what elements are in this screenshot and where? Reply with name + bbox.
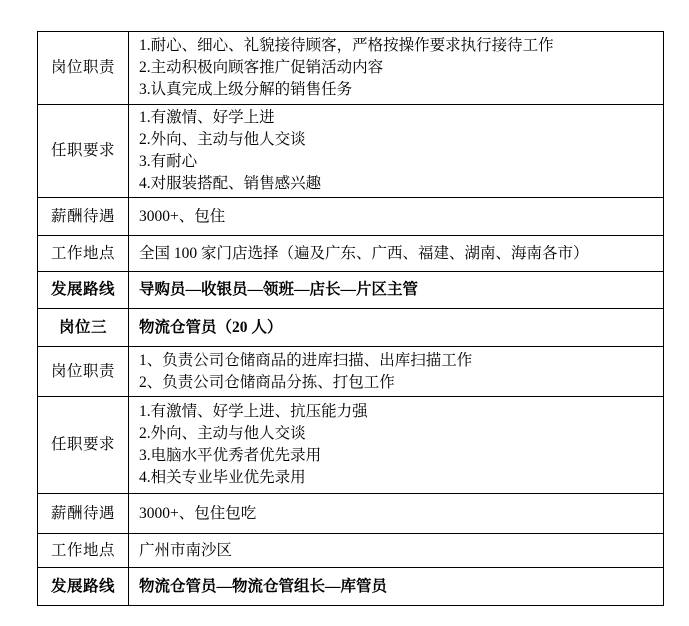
row-label-career-path: 发展路线	[38, 568, 129, 606]
table-row-requirements-1: 任职要求 1.有激情、好学上进 2.外向、主动与他人交谈 3.有耐心 4.对服装…	[38, 105, 664, 198]
job-position-table: 岗位职责 1.耐心、细心、礼貌接待顾客，严格按操作要求执行接待工作 2.主动积极…	[37, 31, 664, 606]
table-row-duties-2: 岗位职责 1、负责公司仓储商品的进库扫描、出库扫描工作 2、负责公司仓储商品分拣…	[38, 347, 664, 397]
row-label-salary: 薪酬待遇	[38, 198, 129, 236]
table-row-career-path-2: 发展路线 物流仓管员—物流仓管组长—库管员	[38, 568, 664, 606]
table-row-position-three: 岗位三 物流仓管员（20 人）	[38, 309, 664, 347]
document-page: 岗位职责 1.耐心、细心、礼貌接待顾客，严格按操作要求执行接待工作 2.主动积极…	[0, 0, 689, 626]
row-label-requirements: 任职要求	[38, 105, 129, 198]
row-content-salary: 3000+、包住包吃	[129, 494, 664, 534]
row-content-duties: 1、负责公司仓储商品的进库扫描、出库扫描工作 2、负责公司仓储商品分拣、打包工作	[129, 347, 664, 397]
table-row-salary-2: 薪酬待遇 3000+、包住包吃	[38, 494, 664, 534]
table-row-location-2: 工作地点 广州市南沙区	[38, 534, 664, 568]
table-row-location-1: 工作地点 全国 100 家门店选择（遍及广东、广西、福建、湖南、海南各市）	[38, 236, 664, 272]
row-label-location: 工作地点	[38, 534, 129, 568]
table-row-requirements-2: 任职要求 1.有激情、好学上进、抗压能力强 2.外向、主动与他人交谈 3.电脑水…	[38, 397, 664, 494]
table-row-duties-1: 岗位职责 1.耐心、细心、礼貌接待顾客，严格按操作要求执行接待工作 2.主动积极…	[38, 32, 664, 105]
row-label-salary: 薪酬待遇	[38, 494, 129, 534]
row-content-requirements: 1.有激情、好学上进、抗压能力强 2.外向、主动与他人交谈 3.电脑水平优秀者优…	[129, 397, 664, 494]
row-label-location: 工作地点	[38, 236, 129, 272]
row-content-career-path: 导购员—收银员—领班—店长—片区主管	[129, 272, 664, 309]
table-row-salary-1: 薪酬待遇 3000+、包住	[38, 198, 664, 236]
row-content-requirements: 1.有激情、好学上进 2.外向、主动与他人交谈 3.有耐心 4.对服装搭配、销售…	[129, 105, 664, 198]
row-content-duties: 1.耐心、细心、礼貌接待顾客，严格按操作要求执行接待工作 2.主动积极向顾客推广…	[129, 32, 664, 105]
row-content-location: 广州市南沙区	[129, 534, 664, 568]
row-content-position-three: 物流仓管员（20 人）	[129, 309, 664, 347]
row-label-position-three: 岗位三	[38, 309, 129, 347]
row-label-requirements: 任职要求	[38, 397, 129, 494]
row-label-duties: 岗位职责	[38, 32, 129, 105]
table-row-career-path-1: 发展路线 导购员—收银员—领班—店长—片区主管	[38, 272, 664, 309]
row-content-location: 全国 100 家门店选择（遍及广东、广西、福建、湖南、海南各市）	[129, 236, 664, 272]
row-content-career-path: 物流仓管员—物流仓管组长—库管员	[129, 568, 664, 606]
row-label-career-path: 发展路线	[38, 272, 129, 309]
row-content-salary: 3000+、包住	[129, 198, 664, 236]
row-label-duties: 岗位职责	[38, 347, 129, 397]
